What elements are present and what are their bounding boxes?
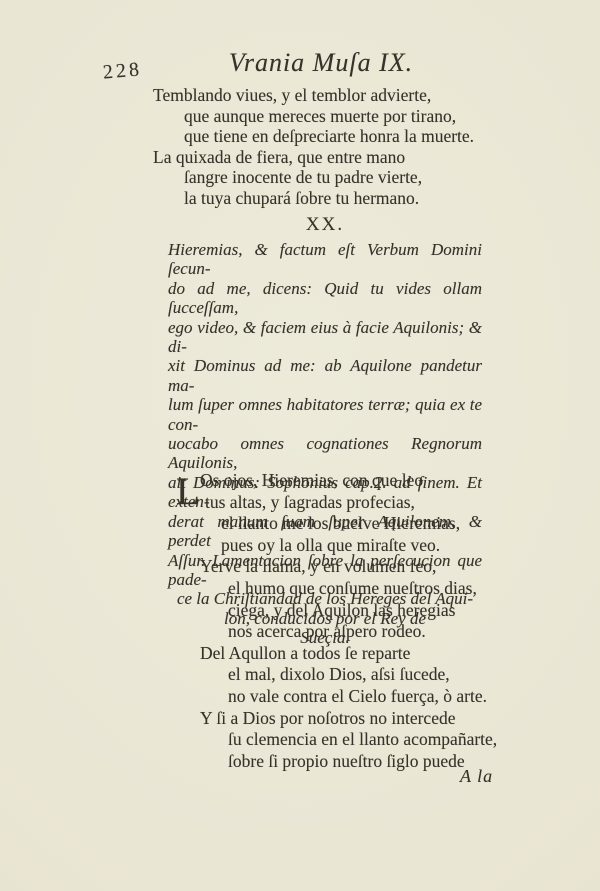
sonnet-ending-stanzas: Temblando viues, y el temblor advierte, … [153, 85, 513, 209]
verse-line: Temblando viues, y el temblor advierte, [153, 85, 513, 106]
verse-line: La quixada de fiera, que entre mano [153, 147, 513, 168]
poem-line: Y ſi a Dios por noſotros no intercede [200, 708, 536, 730]
running-title: Vrania Muſa IX. [0, 48, 600, 78]
poem-line: ſu clemencia en el llanto acompañarte, [228, 729, 536, 751]
poem-stanzas: L Os ojos, Hieremias, con que leo tus al… [176, 470, 536, 772]
section-number-heading: XX. [168, 214, 482, 236]
verse-line: ſangre inocente de tu padre vierte, [184, 167, 513, 188]
epigraph-line: xit Dominus ad me: ab Aquilone pandetur … [168, 356, 482, 395]
poem-line: el humo que conſume nueſtros dias, [228, 578, 536, 600]
epigraph-line: do ad me, dicens: Quid tu vides ollam ſu… [168, 279, 482, 318]
poem-line: Os ojos, Hieremias, con que leo [200, 470, 536, 492]
poem-line: pues oy la olla que miraſte veo. [221, 535, 536, 557]
epigraph-line: lum ſuper omnes habitatores terræ; quia … [168, 395, 482, 434]
verse-line: la tuya chupará ſobre tu hermano. [184, 188, 513, 209]
poem-line: el mal, dixolo Dios, aſsi ſucede, [228, 664, 536, 686]
verse-line: que tiene en deſpreciarte honra la muert… [184, 126, 513, 147]
poem-line: nos acerca por aſpero rodeo. [228, 621, 536, 643]
verse-line: que aunque mereces muerte por tirano, [184, 106, 513, 127]
epigraph-line: ego video, & faciem eius à facie Aquilon… [168, 318, 482, 357]
poem-line: Yerve la llama, y en volumen feo, [200, 556, 536, 578]
catchword: A la [460, 766, 493, 787]
poem-line: Del Aqullon a todos ſe reparte [200, 643, 536, 665]
poem-line: el llanto me los buelve Hieremias, [221, 513, 536, 535]
poem-line: no vale contra el Cielo fuerça, ò arte. [228, 686, 536, 708]
book-page-scan: 228 Vrania Muſa IX. Temblando viues, y e… [0, 0, 600, 891]
epigraph-line: Hieremias, & factum eſt Verbum Domini ſe… [168, 240, 482, 279]
poem-line: ciega, y del Aquilon las heregias [228, 600, 536, 622]
poem-line: tus altas, y ſagradas profecias, [205, 492, 536, 514]
drop-cap-initial: L [176, 472, 200, 511]
epigraph-line: uocabo omnes cognationes Regnorum Aquilo… [168, 434, 482, 473]
